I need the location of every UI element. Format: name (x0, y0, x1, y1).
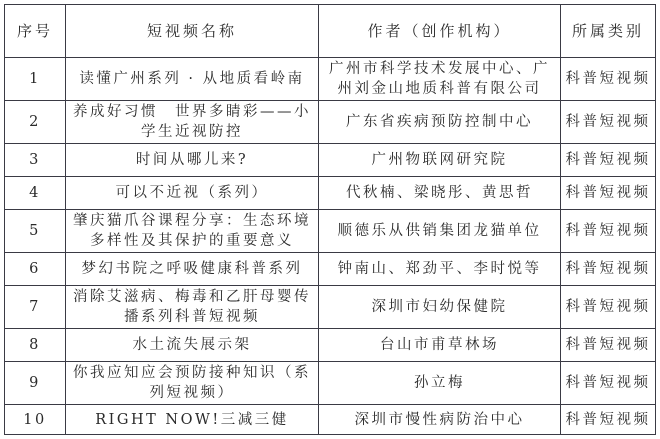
row-author: 深圳市慢性病防治中心 (319, 405, 561, 435)
row-no: 5 (5, 210, 66, 253)
row-no: 8 (5, 329, 66, 362)
header-no: 序号 (5, 5, 66, 58)
row-title: 肇庆猫爪谷课程分享：生态环境多样性及其保护的重要意义 (66, 210, 319, 253)
table-header-row: 序号 短视频名称 作者（创作机构） 所属类别 (5, 5, 656, 58)
row-author: 代秋楠、梁晓彤、黄思哲 (319, 177, 561, 210)
row-category: 科普短视频 (561, 58, 656, 101)
row-category: 科普短视频 (561, 101, 656, 144)
row-author: 广东省疾病预防控制中心 (319, 101, 561, 144)
header-title: 短视频名称 (66, 5, 319, 58)
row-title: 你我应知应会预防接种知识（系列短视频） (66, 362, 319, 405)
row-title: RIGHT NOW!三减三健 (66, 405, 319, 435)
table-row: 10 RIGHT NOW!三减三健 深圳市慢性病防治中心 科普短视频 (5, 405, 656, 435)
header-category: 所属类别 (561, 5, 656, 58)
row-no: 3 (5, 144, 66, 177)
row-no: 7 (5, 286, 66, 329)
row-title: 水土流失展示架 (66, 329, 319, 362)
table-row: 3 时间从哪儿来? 广州物联网研究院 科普短视频 (5, 144, 656, 177)
row-category: 科普短视频 (561, 144, 656, 177)
row-no: 4 (5, 177, 66, 210)
table-row: 4 可以不近视（系列） 代秋楠、梁晓彤、黄思哲 科普短视频 (5, 177, 656, 210)
row-title: 养成好习惯 世界多睛彩——小学生近视防控 (66, 101, 319, 144)
row-title: 时间从哪儿来? (66, 144, 319, 177)
row-author: 深圳市妇幼保健院 (319, 286, 561, 329)
row-no: 9 (5, 362, 66, 405)
row-no: 10 (5, 405, 66, 435)
row-category: 科普短视频 (561, 177, 656, 210)
table-row: 8 水土流失展示架 台山市甫草林场 科普短视频 (5, 329, 656, 362)
row-no: 1 (5, 58, 66, 101)
row-category: 科普短视频 (561, 329, 656, 362)
row-category: 科普短视频 (561, 253, 656, 286)
row-author: 广州物联网研究院 (319, 144, 561, 177)
row-author: 广州市科学技术发展中心、广州刘金山地质科普有限公司 (319, 58, 561, 101)
row-author: 钟南山、郑劲平、李时悦等 (319, 253, 561, 286)
row-author: 孙立梅 (319, 362, 561, 405)
row-no: 2 (5, 101, 66, 144)
row-category: 科普短视频 (561, 405, 656, 435)
row-title: 消除艾滋病、梅毒和乙肝母婴传播系列科普短视频 (66, 286, 319, 329)
row-category: 科普短视频 (561, 286, 656, 329)
row-author: 台山市甫草林场 (319, 329, 561, 362)
row-title: 读懂广州系列 · 从地质看岭南 (66, 58, 319, 101)
table-row: 2 养成好习惯 世界多睛彩——小学生近视防控 广东省疾病预防控制中心 科普短视频 (5, 101, 656, 144)
table-row: 1 读懂广州系列 · 从地质看岭南 广州市科学技术发展中心、广州刘金山地质科普有… (5, 58, 656, 101)
header-author: 作者（创作机构） (319, 5, 561, 58)
row-title: 梦幻书院之呼吸健康科普系列 (66, 253, 319, 286)
table-row: 9 你我应知应会预防接种知识（系列短视频） 孙立梅 科普短视频 (5, 362, 656, 405)
row-no: 6 (5, 253, 66, 286)
award-list-table: 序号 短视频名称 作者（创作机构） 所属类别 1 读懂广州系列 · 从地质看岭南… (4, 4, 656, 435)
table-row: 5 肇庆猫爪谷课程分享：生态环境多样性及其保护的重要意义 顺德乐从供销集团龙猫单… (5, 210, 656, 253)
table-row: 7 消除艾滋病、梅毒和乙肝母婴传播系列科普短视频 深圳市妇幼保健院 科普短视频 (5, 286, 656, 329)
row-category: 科普短视频 (561, 362, 656, 405)
row-category: 科普短视频 (561, 210, 656, 253)
row-title: 可以不近视（系列） (66, 177, 319, 210)
table-row: 6 梦幻书院之呼吸健康科普系列 钟南山、郑劲平、李时悦等 科普短视频 (5, 253, 656, 286)
row-author: 顺德乐从供销集团龙猫单位 (319, 210, 561, 253)
